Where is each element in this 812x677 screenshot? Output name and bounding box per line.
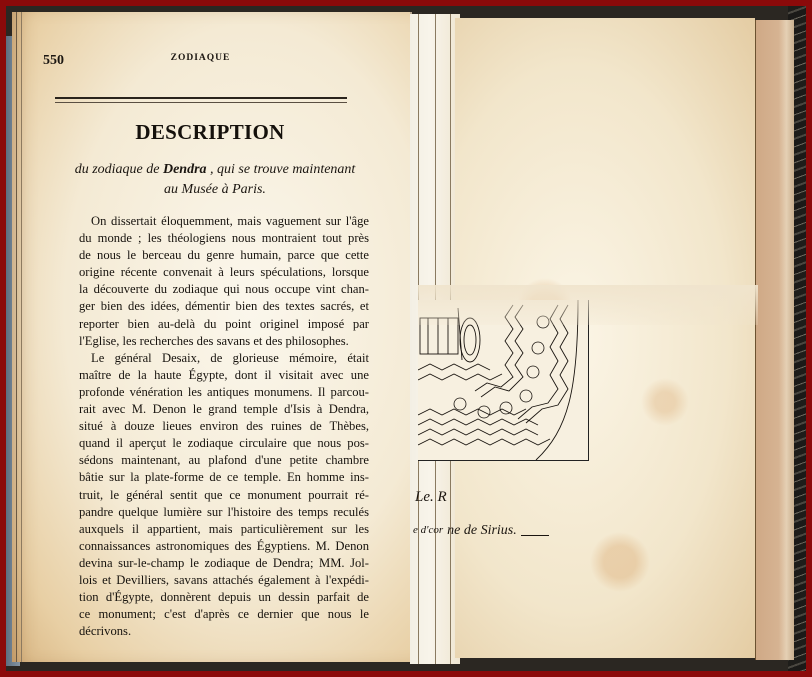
text-line: rait avec M. Denon le grand temple d'Isi…	[79, 401, 369, 418]
section-subtitle: du zodiaque de Dendra , qui se trouve ma…	[60, 160, 370, 200]
text-line: On dissertait éloquemment, mais vaguemen…	[79, 213, 369, 230]
text-line: ce monument; c'est d'après ce dernier qu…	[79, 606, 369, 623]
text-line: Le général Desaix, de glorieuse mémoire,…	[79, 350, 369, 367]
paragraph: Le général Desaix, de glorieuse mémoire,…	[79, 350, 369, 641]
text-line: bâtie sur la plate-forme de ce temple. E…	[79, 469, 369, 486]
caption-sirius: ne de Sirius.	[447, 523, 517, 539]
text-line: ger bien des idées, démentir bien des te…	[79, 298, 369, 315]
running-head: ZODIAQUE	[43, 53, 358, 63]
text-line: devina sur-le-champ le zodiaque de Dendr…	[79, 555, 369, 572]
page-edge	[16, 12, 22, 662]
subtitle-bold-place: Dendra	[163, 162, 207, 177]
caption-fragment: e d'cor	[413, 524, 443, 536]
section-title: DESCRIPTION	[0, 120, 420, 145]
text-line: du monde ; les théologiens nous montraie…	[79, 230, 369, 247]
text-line: la découverte du zodiaque qui nous occup…	[79, 281, 369, 298]
text-line: profonde vénération les antiques monumen…	[79, 384, 369, 401]
right-page-edge	[755, 20, 794, 660]
text-line: situé à douze lieues environ des ruines …	[79, 418, 369, 435]
text-line: origine récente convenait à leurs spécul…	[79, 264, 369, 281]
plate-caption-2: e d'cor ne de Sirius.	[413, 523, 549, 539]
text-line: auxquels il appartient, mais particulièr…	[79, 521, 369, 538]
text-line: maître de la haute Égypte, dont il visit…	[79, 367, 369, 384]
text-line: lois et Devilliers, savans attachés égal…	[79, 572, 369, 589]
text-line: connaissances astronomiques des Égyptien…	[79, 538, 369, 555]
text-line: pandre quelque lumière sur l'histoire de…	[79, 504, 369, 521]
subtitle-text: , qui se trouve maintenant	[207, 162, 356, 177]
text-line: truit, le général sentit que ce monument…	[79, 487, 369, 504]
body-text: On dissertait éloquemment, mais vaguemen…	[79, 213, 369, 640]
text-line: décrivons.	[79, 623, 369, 640]
text-line: reporter bien au-delà du point originel …	[79, 316, 369, 333]
subtitle-text: du zodiaque de	[75, 162, 163, 177]
plate-caption-1: Le. R	[415, 489, 447, 506]
text-line: de nous le berceau du genre humain, parc…	[79, 247, 369, 264]
text-line: l'Eglise, les recherches des savans et d…	[79, 333, 369, 350]
text-line: tion d'Égypte, donnèrent depuis un dessi…	[79, 589, 369, 606]
subtitle-line-2: au Musée à Paris.	[60, 180, 370, 200]
plate-fold-overlap	[418, 285, 758, 325]
page-header: 550 ZODIAQUE	[43, 53, 358, 69]
text-line: quand il aperçut le zodiaque circulaire …	[79, 435, 369, 452]
paragraph: On dissertait éloquemment, mais vaguemen…	[79, 213, 369, 350]
text-line: sédons maintenant, au plafond d'une peti…	[79, 452, 369, 469]
caption-underline	[521, 535, 549, 536]
header-rule	[55, 97, 347, 103]
